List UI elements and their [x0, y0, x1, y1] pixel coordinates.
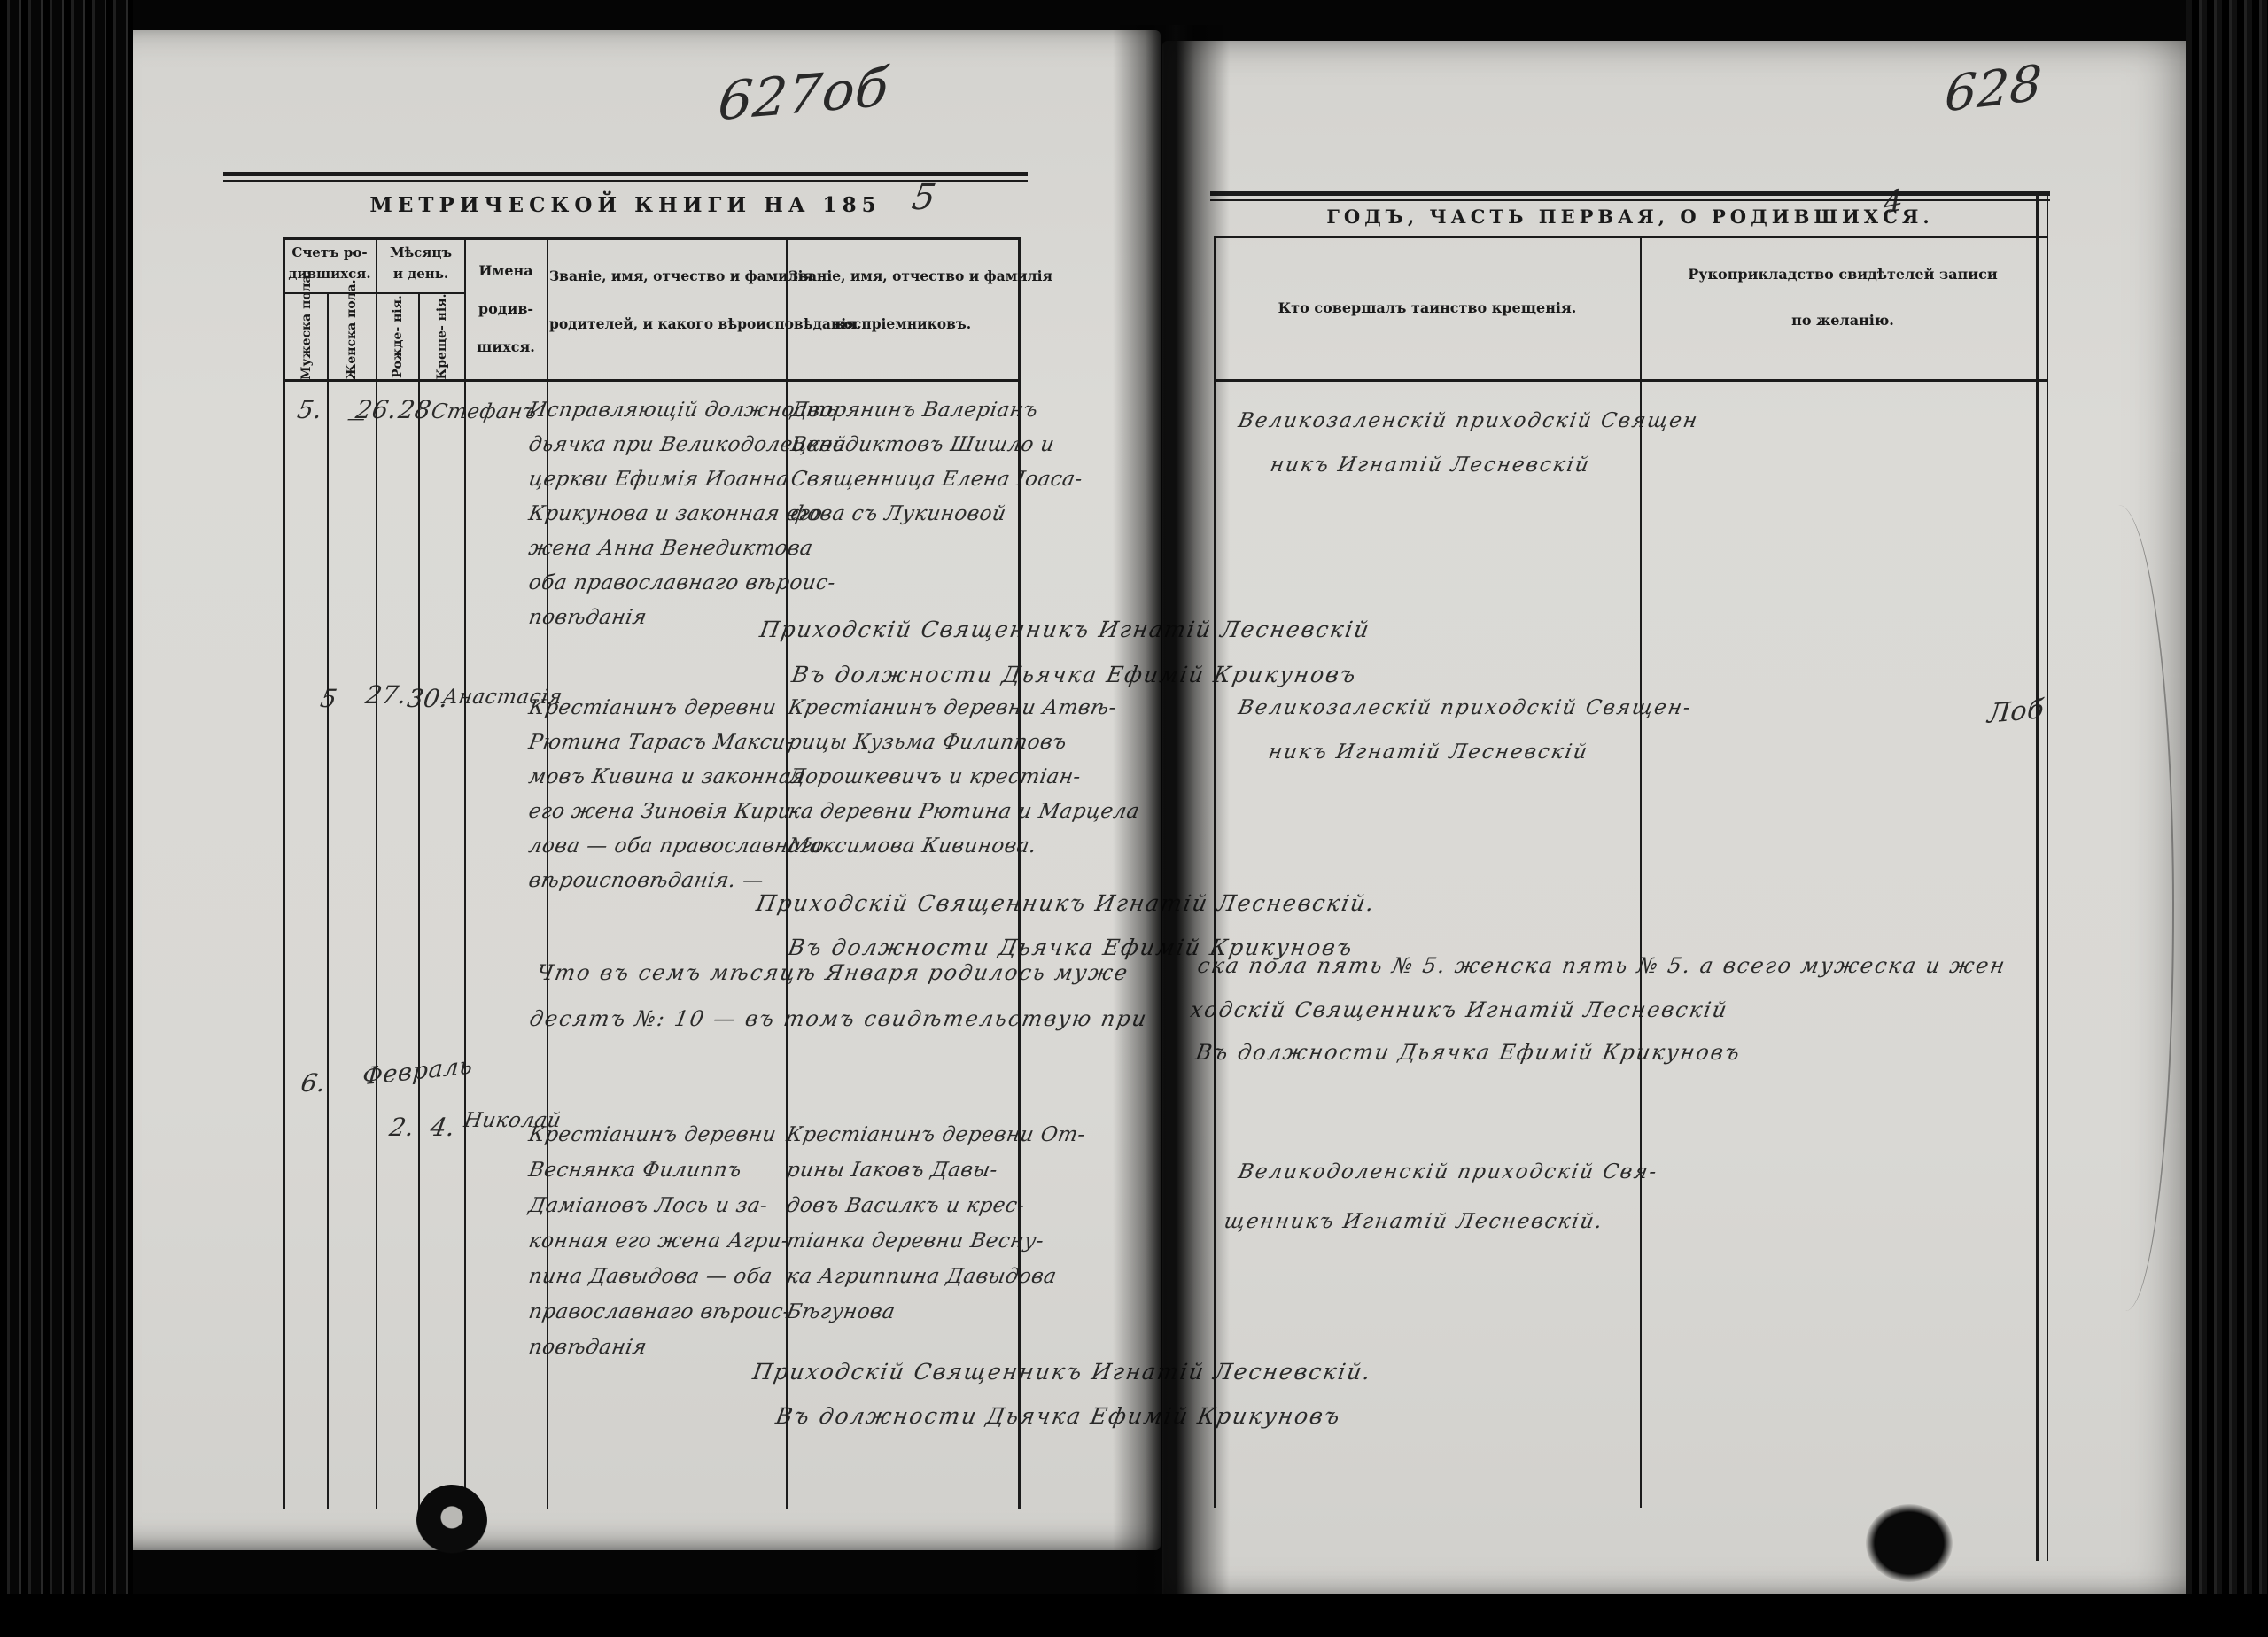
right-page-title: ГОДЪ, ЧАСТЬ ПЕРВАЯ, О РОДИВШИХСЯ. [1214, 206, 2047, 228]
col-count-header: дившихся. [283, 266, 376, 282]
r1-christening-day: 28 [396, 395, 433, 424]
top-rule [223, 172, 1028, 176]
r1-parents: церкви Ефимія Иоанна [527, 468, 791, 491]
col-officiant-header: Кто совершалъ таинство крещенія. [1216, 299, 1639, 316]
r1-parents: жена Анна Венедиктова [527, 537, 815, 560]
col-count-header: Счетъ ро- [283, 244, 376, 260]
r3-officiant: Великодоленскій приходскій Свя- [1237, 1160, 1660, 1183]
table-border-line [1214, 236, 2047, 238]
binder-clasp-icon [1866, 1504, 1953, 1582]
table-border-line [464, 237, 466, 1509]
r3-male-count: 6. [299, 1068, 329, 1098]
top-rule [1210, 191, 2050, 196]
r2-officiant: никъ Игнатій Лесневскій [1267, 741, 1590, 764]
r3-godparents: довъ Василкъ и крес- [785, 1194, 1027, 1217]
r3-christening-day: 4. [428, 1113, 458, 1142]
r1-godparents: Дворянинъ Валеріанъ [789, 399, 1040, 422]
r2-parents: лова — оба православнаго [527, 834, 827, 857]
r3-godparents: Бѣгунова [785, 1300, 897, 1323]
month-summary: ходскій Священникъ Игнатій Лесневскій [1189, 997, 1730, 1022]
r2-godparents: Максимова Кивинова. [787, 834, 1038, 857]
r1-parents: Крикунова и законная его [527, 502, 825, 525]
table-border-line [283, 292, 377, 294]
r2-officiant: Великозалескій приходскій Священ- [1237, 696, 1694, 719]
table-border-line [283, 237, 1021, 240]
col-month-header: Мѣсяцъ [377, 244, 464, 260]
r2-parents: мовъ Кивина и законная [527, 765, 808, 788]
r1-birth-day: 26. [353, 395, 400, 424]
r3-parents: повѣданія [527, 1336, 649, 1359]
table-border-line [1018, 237, 1021, 1509]
r2-godparents: рицы Кузьма Филипповъ [787, 731, 1069, 754]
col-godparents-header: воспріемниковъ. [788, 315, 1017, 332]
r2-clergy-signature: Приходскій Священникъ Игнатій Лесневскій… [754, 890, 1378, 916]
table-border-line [283, 237, 285, 1509]
r2-godparents: ка деревни Рютина и Марцела [787, 800, 1142, 823]
col-names-header: родив- [467, 300, 545, 317]
r3-godparents: тіанка деревни Весну- [785, 1230, 1046, 1253]
r3-parents: Крестіанинъ деревни [527, 1123, 779, 1146]
r1-parents: оба православнаго вѣроис- [527, 571, 837, 594]
r3-godparents: Крестіанинъ деревни От- [785, 1123, 1087, 1146]
book-scan: МЕТРИЧЕСКОЙ КНИГИ НА 185 Счетъ ро- дивши… [0, 0, 2268, 1637]
col-godparents-header: Званіе, имя, отчество и фамилія [788, 268, 1017, 284]
col-male-header: Мужеска пола. [299, 293, 314, 380]
r1-godparents: Венедиктовъ Шишло и [789, 433, 1057, 456]
title-mark-handwritten: 4 [1883, 182, 1904, 221]
r1-male-count: 5. [295, 395, 325, 424]
table-border-line [376, 237, 377, 1509]
margin-note: Лоб [1986, 694, 2046, 729]
left-page-title: МЕТРИЧЕСКОЙ КНИГИ НА 185 [223, 193, 1028, 217]
top-rule [1210, 199, 2050, 201]
table-border-line [418, 293, 420, 1509]
r2-birth-day: 27. [363, 680, 409, 710]
r3-officiant: щенникъ Игнатій Лесневскій. [1223, 1210, 1605, 1233]
book-gutter-shadow [1113, 25, 1230, 1603]
r1-officiant: никъ Игнатій Лесневскій [1269, 454, 1592, 477]
r2-parents: Рютина Тарасъ Макси- [527, 731, 796, 754]
r3-parents: пина Давыдова — оба [527, 1265, 774, 1288]
month-summary: десятъ №: 10 — въ томъ свидѣтельствую пр… [528, 1006, 1150, 1031]
r3-parents: Даміановъ Лось и за- [527, 1194, 770, 1217]
col-witnesses-header: по желанію. [1643, 312, 2043, 329]
r1-officiant: Великозаленскій приходскій Священ [1237, 409, 1701, 432]
table-border-line [2047, 191, 2048, 1561]
r1-clergy-signature: Приходскій Священникъ Игнатій Лесневскій [757, 617, 1372, 642]
r3-parents: конная его жена Агри- [527, 1230, 791, 1253]
binder-clasp-icon [416, 1485, 487, 1557]
col-names-header: шихся. [467, 338, 545, 355]
table-border-line [327, 293, 329, 1509]
r1-godparents: Священница Елена Іоаса- [789, 468, 1084, 491]
table-border-line [2036, 191, 2039, 1561]
month-summary: Въ должности Дьячка Ефимій Крикуновъ [1194, 1040, 1744, 1065]
r2-parents: его жена Зиновія Кири- [527, 800, 801, 823]
month-summary: ска пола пять № 5. женска пять № 5. а вс… [1196, 953, 2008, 978]
book-edge-bottom [0, 1594, 2268, 1637]
book-edge-right [2186, 0, 2268, 1637]
book-edge-left [0, 0, 133, 1637]
r3-godparents: ка Агриппина Давыдова [785, 1265, 1059, 1288]
col-birth-header: Рожде- нія. [391, 293, 405, 380]
col-witnesses-header: Рукоприкладство свидѣтелей записи [1643, 266, 2043, 283]
r1-clergy-signature: Въ должности Дьячка Ефимій Крикуновъ [789, 662, 1359, 687]
col-parents-header: Званіе, имя, отчество и фамилія [549, 268, 784, 284]
top-rule [223, 180, 1028, 182]
r3-clergy-signature: Въ должности Дьячка Ефимій Крикуновъ [773, 1403, 1343, 1429]
r2-parents: вѣроисповѣданія. — [527, 869, 766, 892]
r1-parents: повѣданія [527, 606, 649, 629]
r2-parents: Крестіанинъ деревни [527, 696, 779, 719]
r3-birth-day: 2. [387, 1113, 417, 1142]
month-summary: Что въ семъ мѣсяцѣ Января родилось муже [535, 960, 1131, 985]
col-month-header: и день. [377, 266, 464, 282]
right-page-number: 628 [1944, 55, 2044, 124]
col-names-header: Имена [467, 262, 545, 279]
r3-godparents: рины Іаковъ Давы- [785, 1159, 1000, 1182]
table-border-line [376, 292, 466, 294]
r2-godparents: Дорошкевичъ и крестіан- [787, 765, 1083, 788]
col-christening-header: Креще- нія. [435, 293, 449, 380]
r2-godparents: Крестіанинъ деревни Атвѣ- [787, 696, 1119, 719]
r1-name: Стефанъ [430, 400, 539, 423]
col-female-header: Женска пола. [345, 293, 359, 380]
r3-clergy-signature: Приходскій Священникъ Игнатій Лесневскій… [750, 1359, 1374, 1385]
r3-parents: Веснянка Филиппъ [527, 1159, 744, 1182]
col-parents-header: родителей, и какого вѣроисповѣданія. [549, 315, 784, 332]
r3-parents: православнаго вѣроис- [527, 1300, 793, 1323]
r1-godparents: фова съ Лукиновой [789, 502, 1008, 525]
table-border-line [1214, 379, 2047, 382]
